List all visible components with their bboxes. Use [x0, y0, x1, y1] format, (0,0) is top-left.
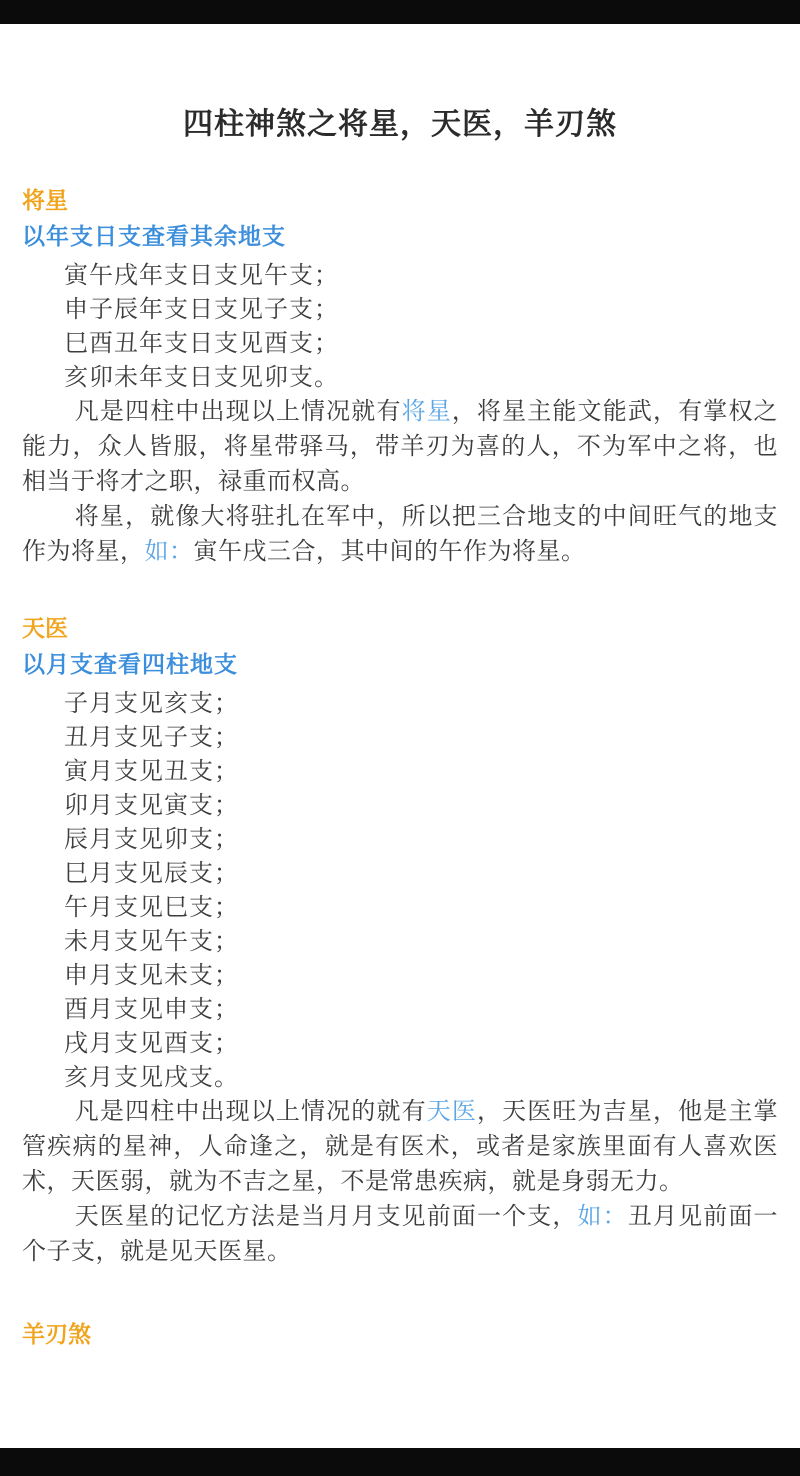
article-content: 四柱神煞之将星，天医，羊刃煞 将星 以年支日支查看其余地支 寅午戌年支日支见午支…: [0, 24, 800, 1350]
paragraph-text: 凡是四柱中出现以上情况的就有: [75, 1099, 427, 1125]
rule-line: 亥卯未年支日支见卯支。: [22, 361, 778, 395]
rule-line: 申月支见未支；: [22, 959, 778, 993]
rule-line: 子月支见亥支；: [22, 687, 778, 721]
rule-line: 辰月支见卯支；: [22, 823, 778, 857]
rule-line: 未月支见午支；: [22, 925, 778, 959]
rule-line: 卯月支见寅支；: [22, 789, 778, 823]
paragraphs-tianyi: 凡是四柱中出现以上情况的就有天医，天医旺为吉星，他是主掌管疾病的星神，人命逢之，…: [22, 1095, 778, 1270]
paragraph: 凡是四柱中出现以上情况就有将星，将星主能文能武，有掌权之能力，众人皆服，将星带驿…: [22, 395, 778, 500]
section-heading-tianyi: 天医: [22, 614, 778, 644]
highlight-term: 如：: [578, 1204, 628, 1230]
rule-line: 亥月支见戌支。: [22, 1061, 778, 1095]
highlight-term: 将星: [402, 399, 452, 425]
paragraph-text: 凡是四柱中出现以上情况就有: [75, 399, 402, 425]
section-jiangxing: 将星 以年支日支查看其余地支 寅午戌年支日支见午支； 申子辰年支日支见子支； 巳…: [22, 186, 778, 570]
rule-line: 寅午戌年支日支见午支；: [22, 259, 778, 293]
method-link-jiangxing[interactable]: 以年支日支查看其余地支: [22, 221, 286, 253]
rule-list-jiangxing: 寅午戌年支日支见午支； 申子辰年支日支见子支； 巳酉丑年支日支见酉支； 亥卯未年…: [22, 259, 778, 395]
highlight-term: 如：: [145, 539, 194, 565]
highlight-term: 天医: [427, 1099, 477, 1125]
top-letterbox-bar: [0, 0, 800, 24]
paragraph: 天医星的记忆方法是当月月支见前面一个支，如：丑月见前面一个子支，就是见天医星。: [22, 1200, 778, 1270]
rule-line: 午月支见巳支；: [22, 891, 778, 925]
paragraph-text: 寅午戌三合，其中间的午作为将星。: [194, 539, 586, 565]
paragraphs-jiangxing: 凡是四柱中出现以上情况就有将星，将星主能文能武，有掌权之能力，众人皆服，将星带驿…: [22, 395, 778, 570]
rule-line: 寅月支见丑支；: [22, 755, 778, 789]
paragraph: 凡是四柱中出现以上情况的就有天医，天医旺为吉星，他是主掌管疾病的星神，人命逢之，…: [22, 1095, 778, 1200]
rule-line: 巳月支见辰支；: [22, 857, 778, 891]
article-screen: 四柱神煞之将星，天医，羊刃煞 将星 以年支日支查看其余地支 寅午戌年支日支见午支…: [0, 0, 800, 1476]
section-heading-jiangxing: 将星: [22, 186, 778, 216]
paragraph-text: 天医星的记忆方法是当月月支见前面一个支，: [75, 1204, 578, 1230]
rule-line: 酉月支见申支；: [22, 993, 778, 1027]
rule-line: 戌月支见酉支；: [22, 1027, 778, 1061]
page-title: 四柱神煞之将星，天医，羊刃煞: [22, 102, 778, 148]
paragraph: 将星，就像大将驻扎在军中，所以把三合地支的中间旺气的地支作为将星，如：寅午戌三合…: [22, 500, 778, 570]
section-tianyi: 天医 以月支查看四柱地支 子月支见亥支； 丑月支见子支； 寅月支见丑支； 卯月支…: [22, 614, 778, 1270]
method-link-tianyi[interactable]: 以月支查看四柱地支: [22, 649, 238, 681]
rule-list-tianyi: 子月支见亥支； 丑月支见子支； 寅月支见丑支； 卯月支见寅支； 辰月支见卯支； …: [22, 687, 778, 1095]
section-yangrensha: 羊刃煞: [22, 1320, 778, 1350]
rule-line: 巳酉丑年支日支见酉支；: [22, 327, 778, 361]
bottom-letterbox-bar: [0, 1448, 800, 1476]
rule-line: 申子辰年支日支见子支；: [22, 293, 778, 327]
rule-line: 丑月支见子支；: [22, 721, 778, 755]
section-heading-yangrensha: 羊刃煞: [22, 1320, 778, 1350]
